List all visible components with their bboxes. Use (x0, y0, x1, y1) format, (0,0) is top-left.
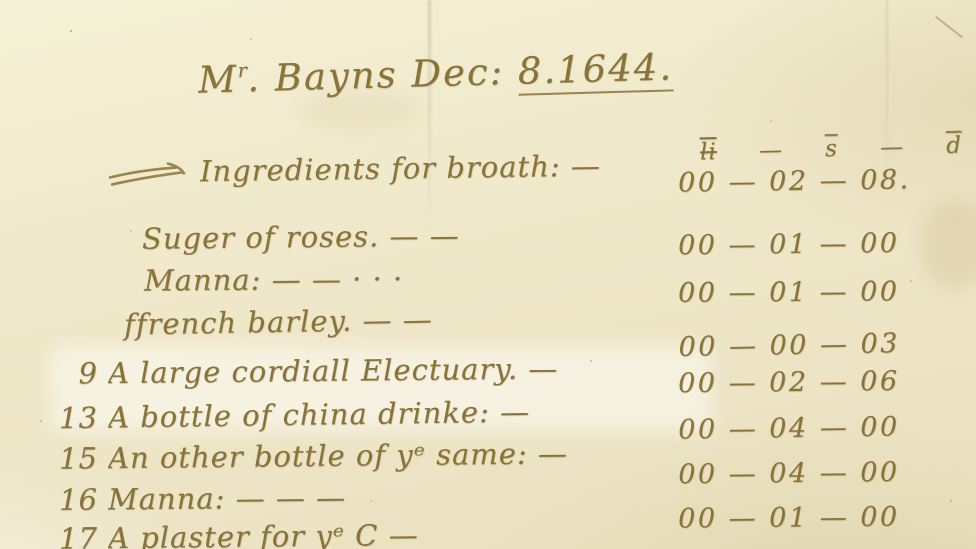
flourish (108, 160, 197, 198)
ledger-row: 16Manna: — — —00 — 01 — 00 (46, 475, 956, 517)
item-text: A plaster for yᵉ C — (108, 515, 678, 549)
day-number: 13 (46, 400, 108, 435)
ledger-row: 15An other bottle of yᵉ same: —00 — 04 —… (46, 432, 956, 476)
day-number: 15 (46, 441, 108, 476)
item-text: Suger of roses. — — (108, 216, 678, 256)
day-number (46, 308, 108, 309)
ledger-row: 17A plaster for yᵉ C — (46, 512, 956, 549)
ledger-row: Ingredients for broath: —00 — 02 — 08. (46, 144, 957, 200)
ledger-rows: Ingredients for broath: —00 — 02 — 08.Su… (0, 0, 976, 549)
day-number: 9 (46, 356, 108, 391)
ledger-row: Suger of roses. — —00 — 01 — 00 (46, 213, 956, 257)
item-text: A large cordiall Electuary. — (108, 350, 678, 390)
flourish-icon (108, 160, 196, 191)
manuscript-page: Mr. Bayns Dec: 8.1644. li — s — d Ingred… (0, 0, 976, 549)
amount-text: 00 — 02 — 08. (678, 164, 956, 199)
item-text: ffrench barley. — — (108, 298, 679, 342)
amount-text: 00 — 01 — 00 (678, 227, 956, 261)
day-number (46, 222, 108, 223)
ledger-row: 9A large cordiall Electuary. —00 — 02 — … (46, 347, 956, 391)
item-text: Manna: — — · · · (108, 260, 678, 298)
item-text: Ingredients for broath: — (200, 148, 678, 189)
ledger-row: ffrench barley. — —00 — 00 — 03 (46, 293, 956, 343)
ledger-row: 13A bottle of china drinke: —00 — 04 — 0… (46, 389, 956, 436)
day-number: 16 (46, 482, 108, 517)
item-text: Manna: — — — (108, 477, 678, 516)
ledger-row: Manna: — — · · ·00 — 01 — 00 (46, 258, 956, 298)
item-text: An other bottle of yᵉ same: — (108, 435, 678, 475)
day-number: 17 (46, 521, 108, 549)
day-number (46, 155, 108, 156)
item-text: A bottle of china drinke: — (108, 393, 678, 435)
